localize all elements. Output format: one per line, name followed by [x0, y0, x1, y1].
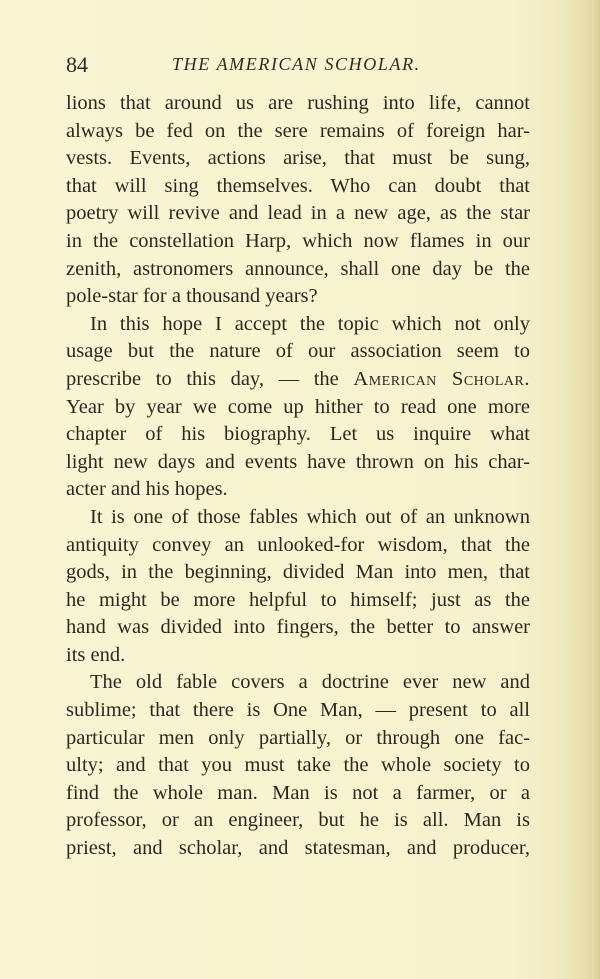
- text-line: lions that around us are rushing into li…: [66, 90, 530, 118]
- text-line: vests. Events, actions arise, that must …: [66, 145, 530, 173]
- line-text: prescribe to this day, — the: [66, 368, 353, 390]
- text-line: priest, and scholar, and statesman, and …: [66, 835, 530, 863]
- paragraph-2: In this hope I accept the topic which no…: [66, 311, 530, 504]
- paragraph-4: The old fable covers a doctrine ever new…: [66, 669, 530, 862]
- text-line: that will sing themselves. Who can doubt…: [66, 173, 530, 201]
- text-line: its end.: [66, 642, 530, 670]
- text-line: professor, or an engineer, but he is all…: [66, 807, 530, 835]
- text-line: always be fed on the sere remains of for…: [66, 118, 530, 146]
- book-page: 84 THE AMERICAN SCHOLAR. lions that arou…: [0, 0, 600, 979]
- text-line: Year by year we come up hither to read o…: [66, 394, 530, 422]
- running-head: 84 THE AMERICAN SCHOLAR.: [66, 52, 546, 82]
- text-line: usage but the nature of our association …: [66, 338, 530, 366]
- text-line: It is one of those fables which out of a…: [66, 504, 530, 532]
- text-line: hand was divided into fingers, the bette…: [66, 614, 530, 642]
- body-text: lions that around us are rushing into li…: [66, 90, 530, 863]
- page-number: 84: [66, 52, 88, 78]
- text-line: he might be more helpful to himself; jus…: [66, 587, 530, 615]
- text-line: chapter of his biography. Let us inquire…: [66, 421, 530, 449]
- paragraph-3: It is one of those fables which out of a…: [66, 504, 530, 670]
- text-line: find the whole man. Man is not a farmer,…: [66, 780, 530, 808]
- page-edge-shadow: [592, 0, 600, 979]
- text-line-with-smallcaps: prescribe to this day, — the American Sc…: [66, 366, 530, 394]
- text-line: gods, in the beginning, divided Man into…: [66, 559, 530, 587]
- text-line: poetry will revive and lead in a new age…: [66, 200, 530, 228]
- running-title: THE AMERICAN SCHOLAR.: [172, 54, 421, 75]
- text-line: ulty; and that you must take the whole s…: [66, 752, 530, 780]
- text-line: light new days and events have thrown on…: [66, 449, 530, 477]
- text-line: sublime; that there is One Man, — presen…: [66, 697, 530, 725]
- text-line: In this hope I accept the topic which no…: [66, 311, 530, 339]
- text-line: particular men only partially, or throug…: [66, 725, 530, 753]
- text-line: acter and his hopes.: [66, 476, 530, 504]
- paragraph-1: lions that around us are rushing into li…: [66, 90, 530, 311]
- text-line: in the constellation Harp, which now fla…: [66, 228, 530, 256]
- text-line: pole-star for a thousand years?: [66, 283, 530, 311]
- smallcaps-title: American Scholar.: [353, 368, 530, 390]
- text-line: antiquity convey an unlooked-for wisdom,…: [66, 532, 530, 560]
- text-line: zenith, astronomers announce, shall one …: [66, 256, 530, 284]
- text-line: The old fable covers a doctrine ever new…: [66, 669, 530, 697]
